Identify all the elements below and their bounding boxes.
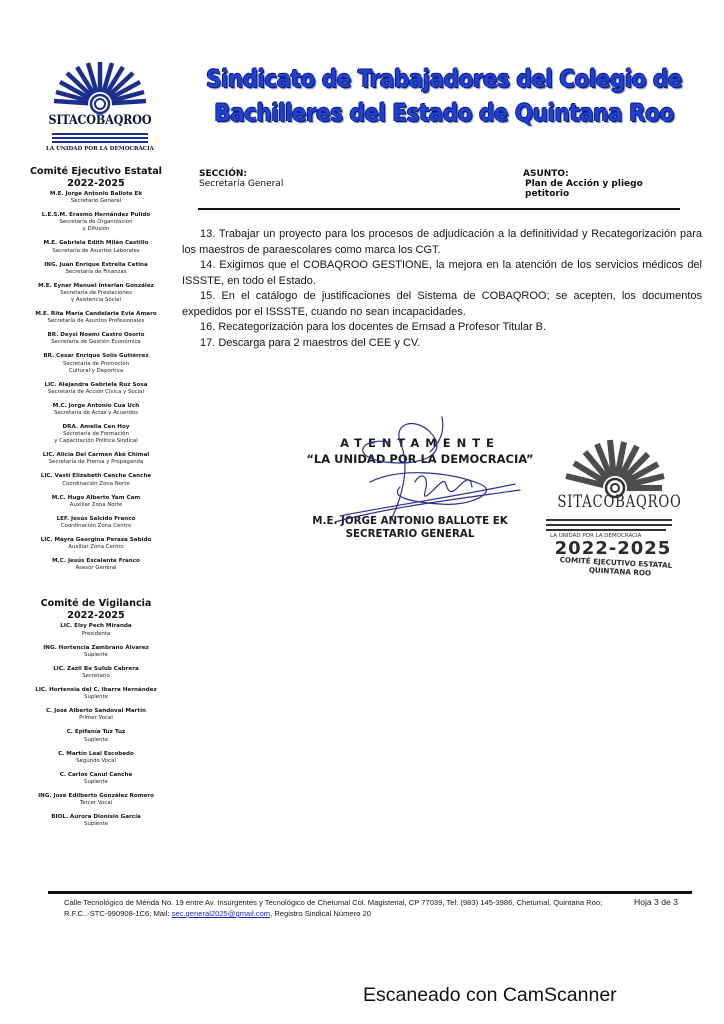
member-role: Suplente [18,694,174,701]
member-role: Secretaría de Promoción Cultural y Depor… [18,361,174,375]
member-role: Auxiliar Zona Norte [18,502,174,509]
member-name: LIC. Hortensia del C. Ibarra Hernández [18,687,174,694]
committee-member: LIC. Mayra Georgina Peraza SabidoAuxilia… [18,537,174,551]
page-title: Sindicato de Trabajadores del Colegio de… [196,62,693,130]
committee-member: ING. José Edilberto González RomeroTerce… [18,793,174,807]
sitacobaqroo-logo-icon [34,58,166,118]
executive-committee-years: 2022-2025 [18,178,174,190]
logo-name: SITACOBAQROO [43,113,157,128]
member-name: C. Martín Leal Escobedo [18,751,174,758]
committee-member: C. Epifanía Tuz TuzSuplente [18,729,174,743]
union-logo: SITACOBAQROO LA UNIDAD POR LA DEMOCRACIA [34,58,166,158]
petition-item: 13. Trabajar un proyecto para los proces… [182,227,702,258]
vigilance-member-list: LIC. Elsy Pech MirandaPresidentaING. Hor… [18,623,174,828]
committee-member: LIC. Zazil Be Sulub CabreraSecretario [18,666,174,680]
member-name: LIC. Mayra Georgina Peraza Sabido [18,537,174,544]
camscanner-watermark: Escaneado con CamScanner [363,984,617,1007]
member-name: M.C. Hugo Alberto Yam Cam [18,495,174,502]
email-link[interactable]: sec.general2025@gmail.com [172,909,270,918]
logo-pencil-lines-icon [52,132,148,144]
member-name: M.E. Gabriela Edith Milán Castillo [18,240,174,247]
member-name: M.C. Jesús Escalante Franco [18,558,174,565]
member-name: C. Carlos Canul Canche [18,772,174,779]
title-line-1: Sindicato de Trabajadores del Colegio de [196,62,693,96]
member-name: M.C. Jorge Antonio Cua Uch [18,403,174,410]
committee-member: LIC. Alejandra Gabriela Ruz SosaSecretar… [18,382,174,396]
member-role: Presidenta [18,631,174,638]
committee-member: ING. Hortencia Zambrano ÁlvarezSuplente [18,645,174,659]
stamp-name: SITACOBAQROO [557,492,666,512]
committee-member: M.E. Jorge Antonio Ballote EkSecretario … [18,191,174,205]
member-role: Secretaría de Asuntos Laborales [18,248,174,255]
committee-member: C. José Alberto Sandoval MartínPrimer Vo… [18,708,174,722]
committee-member: M.C. Jorge Antonio Cua UchSecretaría de … [18,403,174,417]
member-role: Coordinación Zona Centro [18,523,174,530]
committee-member: BR. Deysi Noemí Castro OsorioSecretaría … [18,332,174,346]
subject-value: Plan de Acción y pliego petitorio [523,179,683,199]
member-name: BIOL. Aurora Dionisio García [18,814,174,821]
member-role: Secretario [18,673,174,680]
member-role: Suplente [18,737,174,744]
executive-committee-title: Comité Ejecutivo Estatal [18,166,174,178]
subject-label: ASUNTO: [523,169,683,179]
member-role: Secretario General [18,198,174,205]
member-role: Secretaría de Gestión Económica [18,339,174,346]
committee-member: M.E. Rita María Candelaria Evia AmaroSec… [18,311,174,325]
committee-member: M.E. Gabriela Edith Milán CastilloSecret… [18,240,174,254]
member-name: LIC. Zazil Be Sulub Cabrera [18,666,174,673]
stamp-pencil-icon [546,518,676,532]
petition-item: 16. Recategorización para los docentes d… [182,320,702,336]
member-role: Secretaría de Asuntos Profesionales [18,318,174,325]
section-block: SECCIÓN: Secretaría General [199,169,283,189]
committee-member: LEF. Jesús Salcido FrancoCoordinación Zo… [18,516,174,530]
committee-member: L.E.S.M. Erasmo Hernández PulidoSecretar… [18,212,174,233]
member-name: LIC. Alejandra Gabriela Ruz Sosa [18,382,174,389]
member-role: Asesor General [18,565,174,572]
committee-member: LIC. Vastí Elizabeth Canche CancheCoordi… [18,473,174,487]
subject-block: ASUNTO: Plan de Acción y pliego petitori… [523,169,683,199]
committee-member: M.C. Jesús Escalante FrancoAsesor Genera… [18,558,174,572]
vigilance-committee-years: 2022-2025 [18,610,174,622]
handwritten-signature-icon [330,412,530,537]
committee-member: M.C. Hugo Alberto Yam CamAuxiliar Zona N… [18,495,174,509]
member-role: Segundo Vocal [18,758,174,765]
member-name: ING. José Edilberto González Romero [18,793,174,800]
member-name: ING. Hortencia Zambrano Álvarez [18,645,174,652]
member-role: Secretaría de Finanzas [18,269,174,276]
committee-member: M.E. Eyner Manuel Interian GonzálezSecre… [18,283,174,304]
footer-divider [48,891,692,894]
member-name: ING. Juan Enrique Estrella Cetina [18,262,174,269]
petition-item: 15. En el catálogo de justificaciones de… [182,289,702,320]
section-value: Secretaría General [199,179,283,189]
vigilance-committee-title: Comité de Vigilancia [18,598,174,610]
header-divider [198,208,680,210]
petition-item: 17. Descarga para 2 maestros del CEE y C… [182,336,702,352]
member-role: Primer Vocal [18,715,174,722]
member-name: LIC. Vastí Elizabeth Canche Canche [18,473,174,480]
petition-item: 14. Exigimos que el COBAQROO GESTIONE, l… [182,258,702,289]
member-name: C. José Alberto Sandoval Martín [18,708,174,715]
member-role: Coordinación Zona Norte [18,481,174,488]
member-name: LEF. Jesús Salcido Franco [18,516,174,523]
executive-member-list: M.E. Jorge Antonio Ballote EkSecretario … [18,191,174,572]
member-role: Tercer Vocal [18,800,174,807]
logo-motto: LA UNIDAD POR LA DEMOCRACIA [34,146,166,152]
member-role: Secretaría de Organización y Difusión [18,219,174,233]
footer-address: Calle Tecnológico de Mérida No. 19 entre… [64,897,624,919]
petition-list: 13. Trabajar un proyecto para los proces… [182,227,702,351]
committee-sidebar: Comité Ejecutivo Estatal 2022-2025 M.E. … [18,166,174,828]
member-role: Secretaría de Prensa y Propaganda [18,459,174,466]
member-role: Secretaría de Prestaciones y Asistencia … [18,290,174,304]
section-label: SECCIÓN: [199,169,283,179]
member-role: Secretaría de Actas y Acuerdos [18,410,174,417]
vigilance-committee: Comité de Vigilancia 2022-2025 LIC. Elsy… [18,598,174,828]
executive-committee: Comité Ejecutivo Estatal 2022-2025 M.E. … [18,166,174,572]
committee-member: DRA. Amelia Cen HoySecretaría de Formaci… [18,424,174,445]
committee-member: C. Martín Leal EscobedoSegundo Vocal [18,751,174,765]
member-role: Suplente [18,779,174,786]
committee-member: LIC. Elsy Pech MirandaPresidenta [18,623,174,637]
member-name: M.E. Jorge Antonio Ballote Ek [18,191,174,198]
member-name: C. Epifanía Tuz Tuz [18,729,174,736]
registry-text: , Registro Sindical Número 20 [270,909,371,918]
committee-member: BR. Cesar Enrique Solís GutiérrezSecreta… [18,353,174,374]
committee-member: LIC. Alicia Del Carmen Aké ChimalSecreta… [18,452,174,466]
committee-member: BIOL. Aurora Dionisio GarcíaSuplente [18,814,174,828]
committee-member: ING. Juan Enrique Estrella CetinaSecreta… [18,262,174,276]
member-name: M.E. Eyner Manuel Interian González [18,283,174,290]
member-role: Secretaría de Acción Cívica y Social [18,389,174,396]
member-name: BR. Cesar Enrique Solís Gutiérrez [18,353,174,360]
member-name: LIC. Elsy Pech Miranda [18,623,174,630]
member-role: Suplente [18,821,174,828]
page-number: Hoja 3 de 3 [634,897,678,907]
committee-member: LIC. Hortensia del C. Ibarra HernándezSu… [18,687,174,701]
member-role: Suplente [18,652,174,659]
member-role: Auxiliar Zona Centro [18,544,174,551]
title-line-2: Bachilleres del Estado de Quintana Roo [196,96,693,130]
member-role: Secretaría de Formación y Capacitación P… [18,431,174,445]
committee-member: C. Carlos Canul CancheSuplente [18,772,174,786]
